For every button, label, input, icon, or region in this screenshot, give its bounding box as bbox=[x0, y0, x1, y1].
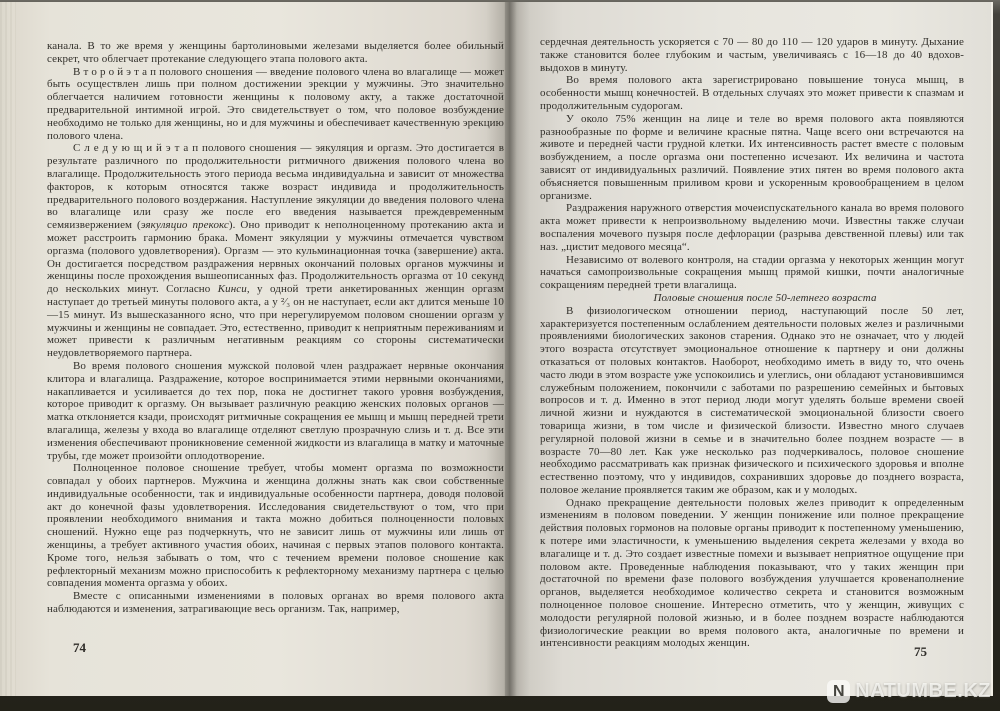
page-number-left: 74 bbox=[73, 640, 86, 656]
page-number-right: 75 bbox=[914, 644, 927, 660]
paragraph: Независимо от волевого контроля, на стад… bbox=[540, 254, 964, 292]
watermark-text: NATUMBE.KZ bbox=[855, 680, 991, 703]
paragraph-segment-italic: эякуляцио прекокс bbox=[141, 219, 229, 231]
paragraph-segment: С л е д у ю щ и й э т а п полового сноше… bbox=[47, 142, 504, 231]
paragraph: Однако прекращение деятельности половых … bbox=[540, 497, 964, 651]
paragraph: С л е д у ю щ и й э т а п полового сноше… bbox=[47, 142, 504, 360]
page-fore-edge bbox=[0, 2, 16, 696]
left-page-text: канала. В то же время у женщины бартолин… bbox=[47, 40, 504, 616]
paragraph-segment-italic: Кинси, bbox=[218, 283, 250, 295]
paragraph: Во время полового сношения мужской полов… bbox=[47, 360, 504, 462]
watermark: N NATUMBE.KZ bbox=[827, 680, 991, 703]
paragraph: В физиологическом отношении период, наст… bbox=[540, 305, 964, 497]
paragraph: Полноценное половое сношение требует, чт… bbox=[47, 462, 504, 590]
paragraph: В т о р о й э т а п полового сношения — … bbox=[47, 66, 504, 143]
paragraph: У около 75% женщин на лице и теле во вре… bbox=[540, 113, 964, 203]
section-heading: Половые сношения после 50-летнего возрас… bbox=[540, 292, 964, 305]
paragraph: Раздражения наружного отверстия мочеиспу… bbox=[540, 202, 964, 253]
open-book: канала. В то же время у женщины бартолин… bbox=[0, 2, 993, 696]
paragraph: Во время полового акта зарегистрировано … bbox=[540, 74, 964, 112]
paragraph: сердечная деятельность ускоряется с 70 —… bbox=[540, 36, 964, 74]
paragraph: Вместе с описанными изменениями в половы… bbox=[47, 590, 504, 616]
natumbe-logo-icon: N bbox=[827, 680, 850, 703]
book-photo: канала. В то же время у женщины бартолин… bbox=[0, 0, 1000, 711]
paragraph: канала. В то же время у женщины бартолин… bbox=[47, 40, 504, 66]
right-page-text: сердечная деятельность ускоряется с 70 —… bbox=[540, 36, 964, 650]
